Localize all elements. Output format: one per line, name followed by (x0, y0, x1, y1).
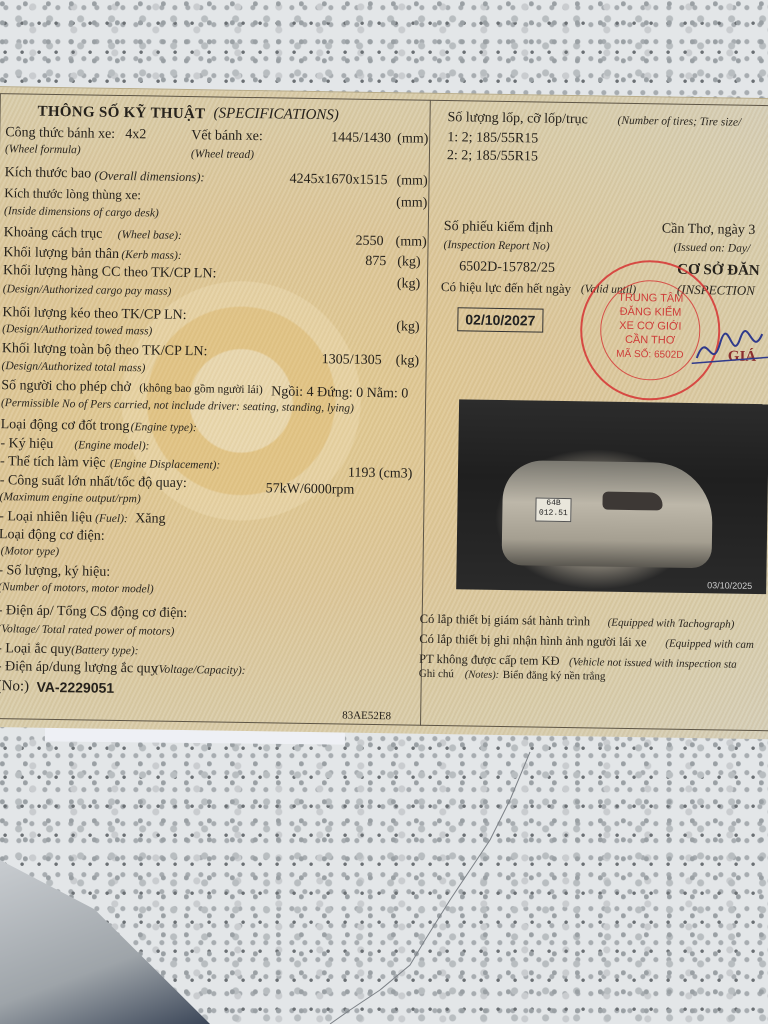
engine-model-en: (Engine model): (74, 439, 149, 452)
towed-mass-label: Khối lượng kéo theo TK/CP LN: (2, 305, 186, 324)
license-plate: 64B 012.51 (535, 498, 571, 523)
tire-axle-1: 1: 2; 185/55R15 (447, 130, 538, 147)
fuel-label: - Loại nhiên liệu (0, 509, 92, 526)
inspection-certificate: THÔNG SỐ KỸ THUẬT (SPECIFICATIONS) Công … (0, 86, 768, 739)
overall-dim-value: 4245x1670x1515 (289, 172, 387, 190)
tire-axle-2: 2: 2; 185/55R15 (447, 148, 538, 165)
overall-dim-label: Kích thước bao (5, 165, 92, 182)
wheel-tread-label: Vết bánh xe: (191, 128, 263, 145)
displacement-label: - Thể tích làm việc (0, 454, 106, 472)
tires-label: Số lượng lốp, cỡ lốp/trục (447, 110, 587, 128)
towed-mass-unit: (kg) (396, 319, 420, 335)
spec-title-en: (SPECIFICATIONS) (213, 105, 339, 124)
notes-label: Ghi chú (419, 668, 454, 681)
persons-label: Số người cho phép chở (1, 378, 131, 396)
battery-type-label: - Loại ắc quy (0, 641, 72, 658)
engine-type-label: Loại động cơ đốt trong (1, 417, 130, 435)
fuel-en: (Fuel): (95, 513, 128, 526)
no-stamp-label: PT không được cấp tem KĐ (419, 652, 560, 669)
max-output-value: 57kW/6000rpm (266, 481, 355, 498)
tachograph-label: Có lắp thiết bị giám sát hành trình (420, 612, 591, 630)
persons-value: Ngồi: 4 Đứng: 0 Nằm: 0 (271, 384, 408, 402)
kerb-mass-label: Khối lượng bản thân (3, 245, 119, 263)
camera-en: (Equipped with cam (665, 638, 754, 651)
photo-timestamp: 03/10/2025 (707, 580, 752, 591)
tachograph-en: (Equipped with Tachograph) (608, 617, 735, 631)
stamp-line-1: TRUNG TÂM (583, 291, 719, 306)
motor-count-en: (Number of motors, motor model) (0, 581, 154, 595)
wheel-formula-value: 4x2 (125, 127, 146, 143)
displacement-en: (Engine Displacement): (110, 458, 220, 472)
motor-type-label: Loại động cơ điện: (0, 527, 105, 545)
towed-mass-en: (Design/Authorized towed mass) (2, 323, 152, 337)
total-mass-unit: (kg) (396, 353, 420, 369)
engine-model-label: - Ký hiệu (0, 436, 53, 453)
kerb-mass-value: 875 (365, 254, 386, 270)
kerb-mass-unit: (kg) (397, 254, 421, 270)
cargo-dim-label: Kích thước lòng thùng xe: (4, 185, 141, 203)
overall-dim-en: (Overall dimensions): (94, 169, 204, 186)
tires-en: (Number of tires; Tire size/ (617, 115, 741, 129)
motor-power-label: - Điện áp/ Tổng CS động cơ điện: (0, 603, 187, 622)
wheel-tread-en: (Wheel tread) (191, 148, 254, 161)
total-mass-en: (Design/Authorized total mass) (2, 360, 146, 374)
serial-label: (No:) (0, 678, 29, 696)
persons-note: (không bao gồm người lái) (139, 382, 263, 396)
report-label: Số phiếu kiểm định (444, 219, 554, 237)
wheel-formula-en: (Wheel formula) (5, 143, 81, 156)
report-en: (Inspection Report No) (443, 239, 549, 253)
max-output-label: - Công suất lớn nhất/tốc độ quay: (0, 473, 187, 492)
valid-label: Có hiệu lực đến hết ngày (441, 279, 571, 297)
wheel-tread-value: 1445/1430 (331, 130, 391, 147)
cargo-dim-unit: (mm) (396, 195, 427, 211)
issued-place-date: Cần Thơ, ngày 3 (662, 221, 756, 238)
vehicle-photo: 64B 012.51 03/10/2025 (456, 399, 768, 594)
wheel-base-unit: (mm) (395, 234, 426, 250)
motor-type-en: (Motor type) (1, 545, 60, 558)
total-mass-label: Khối lượng toàn bộ theo TK/CP LN: (2, 341, 208, 360)
document-code: 83AE52E8 (342, 710, 391, 723)
battery-cap-label: - Điện áp/dung lượng ắc quy (0, 659, 158, 678)
cargo-dim-en: (Inside dimensions of cargo desk) (4, 205, 159, 219)
issued-en: (Issued on: Day/ (673, 242, 750, 255)
signature (691, 318, 768, 389)
spec-title: THÔNG SỐ KỸ THUẬT (37, 104, 205, 124)
wheel-base-en: (Wheel base): (118, 229, 182, 242)
wheel-tread-unit: (mm) (397, 131, 428, 147)
notes-en: (Notes): (465, 669, 500, 681)
displacement-value: 1193 (cm3) (348, 466, 413, 483)
notes-value: Biển đăng ký nền trắng (503, 669, 606, 683)
wheel-base-label: Khoảng cách trục (4, 225, 103, 243)
wheel-base-value: 2550 (355, 234, 383, 250)
valid-until-date: 02/10/2027 (457, 307, 543, 332)
motor-count-label: - Số lượng, ký hiệu: (0, 563, 110, 581)
serial-number: VA-2229051 (36, 679, 114, 696)
battery-type-en: (Battery type): (71, 644, 139, 657)
kerb-mass-en: (Kerb mass): (121, 249, 182, 262)
car-image (502, 460, 714, 568)
wheel-formula-label: Công thức bánh xe: (5, 125, 115, 143)
max-output-en: (Maximum engine output/rpm) (0, 491, 141, 505)
overall-dim-unit: (mm) (396, 173, 427, 189)
total-mass-value: 1305/1305 (322, 352, 382, 369)
battery-cap-en: (Voltage/Capacity): (155, 664, 246, 677)
report-number: 6502D-15782/25 (459, 259, 555, 277)
cargo-mass-unit: (kg) (397, 276, 421, 292)
cargo-mass-label: Khối lượng hàng CC theo TK/CP LN: (3, 263, 217, 282)
fuel-value: Xăng (135, 511, 166, 527)
engine-type-en: (Engine type): (131, 421, 197, 434)
